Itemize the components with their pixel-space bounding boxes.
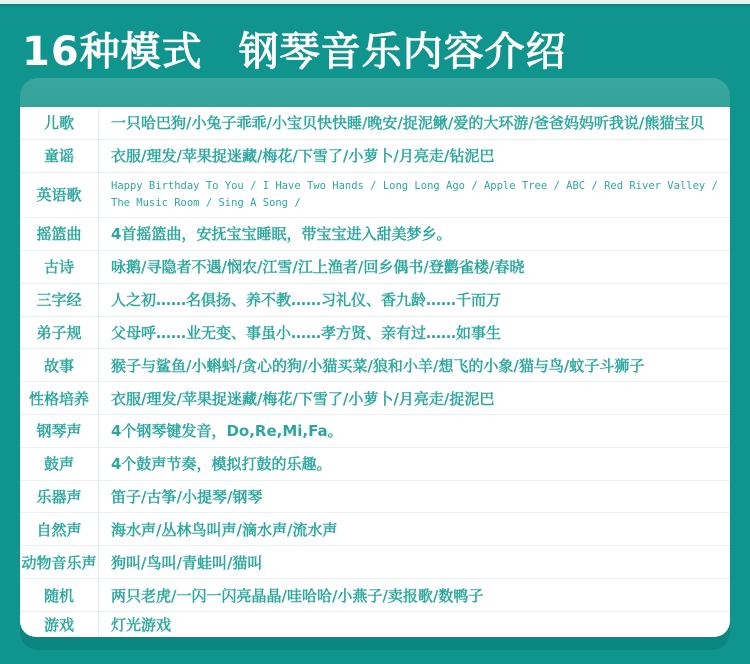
table-row-dizigui: 弟子规 父母呼……业无变、事虽小……孝方贤、亲有过……如事生 — [20, 317, 730, 350]
mode-content: 狗叫/鸟叫/青蛙叫/猫叫 — [99, 546, 730, 578]
table-row-three-character-classic: 三字经 人之初……名俱扬、养不教……习礼仪、香九龄……千而万 — [20, 284, 730, 317]
mode-label: 鼓声 — [20, 448, 99, 480]
mode-content: 两只老虎/一闪一闪亮晶晶/哇哈哈/小燕子/卖报歌/数鸭子 — [99, 579, 730, 611]
mode-label: 三字经 — [20, 284, 99, 316]
mode-label: 动物音乐声 — [20, 546, 99, 578]
mode-label: 摇篮曲 — [20, 218, 99, 250]
table-row-piano-sound: 钢琴声 4个钢琴键发音，Do,Re,Mi,Fa。 — [20, 415, 730, 448]
english-songs-line1: Happy Birthday To You / I Have Two Hands… — [111, 178, 718, 195]
title-text: 钢琴音乐内容介绍 — [239, 29, 567, 75]
mode-content: 衣服/理发/苹果捉迷藏/梅花/下雪了/小萝卜/月亮走/捉泥巴 — [99, 382, 730, 414]
mode-label: 弟子规 — [20, 317, 99, 349]
table-row-character-building: 性格培养 衣服/理发/苹果捉迷藏/梅花/下雪了/小萝卜/月亮走/捉泥巴 — [20, 382, 730, 415]
table-row-stories: 故事 猴子与鲨鱼/小蝌蚪/贪心的狗/小猫买菜/狼和小羊/想飞的小象/猫与鸟/蚊子… — [20, 349, 730, 382]
table-row-nursery-rhymes: 童谣 衣服/理发/苹果捉迷藏/梅花/下雪了/小萝卜/月亮走/钻泥巴 — [20, 140, 730, 173]
table-row-nature-sound: 自然声 海水声/丛林鸟叫声/滴水声/流水声 — [20, 513, 730, 546]
mode-content: 4个钢琴键发音，Do,Re,Mi,Fa。 — [99, 415, 730, 447]
mode-label: 游戏 — [20, 612, 99, 637]
mode-content: Happy Birthday To You / I Have Two Hands… — [99, 173, 730, 217]
mode-content: 4首摇篮曲，安抚宝宝睡眠，带宝宝进入甜美梦乡。 — [99, 218, 730, 250]
mode-content: 海水声/丛林鸟叫声/滴水声/流水声 — [99, 513, 730, 545]
promo-image: 16种模式钢琴音乐内容介绍 儿歌 一只哈巴狗/小兔子乖乖/小宝贝快快睡/晚安/捉… — [0, 0, 750, 664]
table-row-english-songs: 英语歌 Happy Birthday To You / I Have Two H… — [20, 173, 730, 218]
mode-content: 笛子/古筝/小提琴/钢琴 — [99, 481, 730, 513]
mode-label: 儿歌 — [20, 107, 99, 139]
table-row-children-songs: 儿歌 一只哈巴狗/小兔子乖乖/小宝贝快快睡/晚安/捉泥鳅/爱的大环游/爸爸妈妈听… — [20, 107, 730, 140]
mode-content: 猴子与鲨鱼/小蝌蚪/贪心的狗/小猫买菜/狼和小羊/想飞的小象/猫与鸟/蚊子斗狮子 — [99, 349, 730, 381]
mode-label: 自然声 — [20, 513, 99, 545]
mode-label: 古诗 — [20, 251, 99, 283]
mode-label: 钢琴声 — [20, 415, 99, 447]
mode-label: 性格培养 — [20, 382, 99, 414]
mode-label: 故事 — [20, 349, 99, 381]
mode-content: 衣服/理发/苹果捉迷藏/梅花/下雪了/小萝卜/月亮走/钻泥巴 — [99, 140, 730, 172]
table-row-game: 游戏 灯光游戏 — [20, 612, 730, 637]
mode-content: 人之初……名俱扬、养不教……习礼仪、香九龄……千而万 — [99, 284, 730, 316]
top-strip — [0, 0, 750, 6]
mode-label: 英语歌 — [20, 173, 99, 217]
mode-content: 父母呼……业无变、事虽小……孝方贤、亲有过……如事生 — [99, 317, 730, 349]
table-row-animal-music-sound: 动物音乐声 狗叫/鸟叫/青蛙叫/猫叫 — [20, 546, 730, 579]
mode-label: 随机 — [20, 579, 99, 611]
english-songs-line2: The Music Room / Sing A Song / — [111, 195, 301, 212]
table-row-random: 随机 两只老虎/一闪一闪亮晶晶/哇哈哈/小燕子/卖报歌/数鸭子 — [20, 579, 730, 612]
mode-label: 乐器声 — [20, 481, 99, 513]
table-row-drum-sound: 鼓声 4个鼓声节奏，模拟打鼓的乐趣。 — [20, 448, 730, 481]
mode-content: 咏鹅/寻隐者不遇/悯农/江雪/江上渔者/回乡偶书/登鹳雀楼/春晓 — [99, 251, 730, 283]
table-row-instrument-sound: 乐器声 笛子/古筝/小提琴/钢琴 — [20, 481, 730, 514]
mode-content: 4个鼓声节奏，模拟打鼓的乐趣。 — [99, 448, 730, 480]
mode-label: 童谣 — [20, 140, 99, 172]
table-row-ancient-poems: 古诗 咏鹅/寻隐者不遇/悯农/江雪/江上渔者/回乡偶书/登鹳雀楼/春晓 — [20, 251, 730, 284]
mode-content: 一只哈巴狗/小兔子乖乖/小宝贝快快睡/晚安/捉泥鳅/爱的大环游/爸爸妈妈听我说/… — [99, 107, 730, 139]
title-mode-count: 16种模式 — [22, 29, 203, 75]
content-table: 儿歌 一只哈巴狗/小兔子乖乖/小宝贝快快睡/晚安/捉泥鳅/爱的大环游/爸爸妈妈听… — [20, 107, 730, 637]
table-row-lullaby: 摇篮曲 4首摇篮曲，安抚宝宝睡眠，带宝宝进入甜美梦乡。 — [20, 218, 730, 251]
page-title: 16种模式钢琴音乐内容介绍 — [22, 20, 567, 77]
mode-content: 灯光游戏 — [99, 612, 730, 637]
